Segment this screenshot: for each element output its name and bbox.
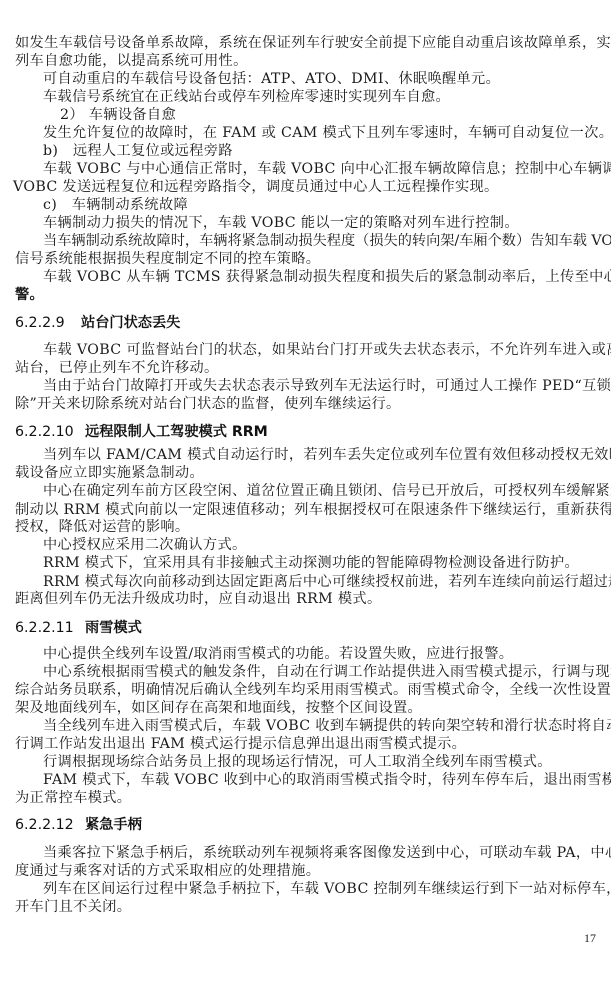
paragraph-line: 中心授权应采用二次确认方式。 xyxy=(43,536,247,554)
paragraph-line: 可自动重启的车载信号设备包括：ATP、ATO、DMI、休眠唤醒单元。 xyxy=(43,70,500,88)
paragraph-line: VOBC 发送远程复位和远程旁路指令，调度员通过中心人工远程操作实现。 xyxy=(13,178,499,196)
section-heading-6-2-2-11: 6.2.2.11雨雪模式 xyxy=(15,619,142,637)
page-number: 17 xyxy=(584,931,596,946)
paragraph-line: 中心在确定列车前方区段空闲、道岔位置正确且锁闭、信号已开放后，可授权列车缓解紧急 xyxy=(43,482,596,500)
paragraph-line: FAM 模式下，车载 VOBC 收到中心的取消雨雪模式指令时，待列车停车后，退出… xyxy=(43,771,596,789)
paragraph-line: 当车辆制动系统故障时，车辆将紧急制动损失程度（损失的转向架/车厢个数）告知车载 … xyxy=(43,232,596,250)
section-heading-6-2-2-9: 6.2.2.9站台门状态丢失 xyxy=(15,314,180,332)
section-heading-6-2-2-12: 6.2.2.12紧急手柄 xyxy=(15,816,142,834)
paragraph-line: 距离但列车仍无法升级成功时，应自动退出 RRM 模式。 xyxy=(15,590,382,608)
section-title: 雨雪模式 xyxy=(85,620,142,636)
paragraph-line: 警。 xyxy=(15,286,44,304)
section-number: 6.2.2.11 xyxy=(15,619,85,637)
paragraph-line: 授权，降低对运营的影响。 xyxy=(15,518,189,536)
section-number: 6.2.2.10 xyxy=(15,423,85,441)
paragraph-line: 当全线列车进入雨雪模式后，车载 VOBC 收到车辆提供的转向架空转和滑行状态时将… xyxy=(43,717,596,735)
paragraph-line: 列车在区间运行过程中紧急手柄拉下，车载 VOBC 控制列车继续运行到下一站对标停… xyxy=(43,880,596,898)
paragraph-line: 除”开关来切除系统对站台门状态的监督，使列车继续运行。 xyxy=(15,395,401,413)
paragraph-line: 载设备应立即实施紧急制动。 xyxy=(15,464,204,482)
section-title: 紧急手柄 xyxy=(85,817,142,833)
paragraph-line: 车载 VOBC 从车辆 TCMS 获得紧急制动损失程度和损失后的紧急制动率后，上… xyxy=(43,268,596,286)
paragraph-line: RRM 模式下，宜采用具有非接触式主动探测功能的智能障碍物检测设备进行防护。 xyxy=(43,554,579,572)
paragraph-line: 如发生车载信号设备单系故障，系统在保证列车行驶安全前提下应能自动重启该故障单系，… xyxy=(15,34,596,52)
section-heading-6-2-2-10: 6.2.2.10远程限制人工驾驶模式 RRM xyxy=(15,423,268,441)
paragraph-line: 行调根据现场综合站务员上报的现场运行情况，可人工取消全线列车雨雪模式。 xyxy=(43,753,552,771)
paragraph-line: 中心提供全线列车设置/取消雨雪模式的功能。若设置失败，应进行报警。 xyxy=(43,645,513,663)
paragraph-line: 为正常控车模式。 xyxy=(15,789,131,807)
paragraph-line: 列车自愈功能，以提高系统可用性。 xyxy=(15,52,248,70)
section-number: 6.2.2.9 xyxy=(15,314,81,332)
list-item-heading: c) 车辆制动系统故障 xyxy=(43,196,188,214)
paragraph-line: 车载 VOBC 可监督站台门的状态，如果站台门打开或失去状态表示，不允许列车进入… xyxy=(43,341,596,359)
section-title: 远程限制人工驾驶模式 RRM xyxy=(85,424,268,440)
paragraph-line: 信号系统能根据损失程度制定不同的控车策略。 xyxy=(15,250,320,268)
paragraph-line: 车辆制动力损失的情况下，车载 VOBC 能以一定的策略对列车进行控制。 xyxy=(43,214,519,232)
list-item-heading: 2） 车辆设备自愈 xyxy=(60,106,176,124)
section-number: 6.2.2.12 xyxy=(15,816,85,834)
paragraph-line: 当由于站台门故障打开或失去状态表示导致列车无法运行时，可通过人工操作 PED“互… xyxy=(43,377,596,395)
paragraph-line: 制动以 RRM 模式向前以一定限速值移动；列车根据授权可在限速条件下继续运行，重… xyxy=(15,501,596,519)
paragraph-line: 发生允许复位的故障时，在 FAM 或 CAM 模式下且列车零速时，车辆可自动复位… xyxy=(43,124,611,142)
paragraph-line: 行调工作站发出退出 FAM 模式运行提示信息弹出退出雨雪模式提示。 xyxy=(15,735,466,753)
paragraph-line: 站台，已停止列车不允许移动。 xyxy=(15,359,219,377)
paragraph-line: 度通过与乘客对话的方式采取相应的处理措施。 xyxy=(15,862,320,880)
paragraph-line: 当乘客拉下紧急手柄后，系统联动列车视频将乘客图像发送到中心，可联动车载 PA，中… xyxy=(43,844,596,862)
paragraph-line: 开车门且不关闭。 xyxy=(15,898,131,916)
paragraph-line: 中心系统根据雨雪模式的触发条件，自动在行调工作站提供进入雨雪模式提示，行调与现场 xyxy=(43,663,596,681)
paragraph-line: 车载信号系统宜在正线站台或停车列检库零速时实现列车自愈。 xyxy=(43,88,450,106)
paragraph-line: 架及地面线列车，如区间存在高架和地面线，按整个区间设置。 xyxy=(15,699,422,717)
list-item-heading: b) 远程人工复位或远程旁路 xyxy=(43,142,233,160)
paragraph-line: RRM 模式每次向前移动到达固定距离后中心可继续授权前进，若列车连续向前运行超过… xyxy=(43,573,596,591)
paragraph-line: 当列车以 FAM/CAM 模式自动运行时，若列车丢失定位或列车位置有效但移动授权… xyxy=(43,446,596,464)
paragraph-line: 车载 VOBC 与中心通信正常时，车载 VOBC 向中心汇报车辆故障信息；控制中… xyxy=(43,160,596,178)
section-title: 站台门状态丢失 xyxy=(81,315,180,331)
paragraph-line: 综合站务员联系，明确情况后确认全线列车均采用雨雪模式。雨雪模式命令，全线一次性设… xyxy=(15,681,596,699)
